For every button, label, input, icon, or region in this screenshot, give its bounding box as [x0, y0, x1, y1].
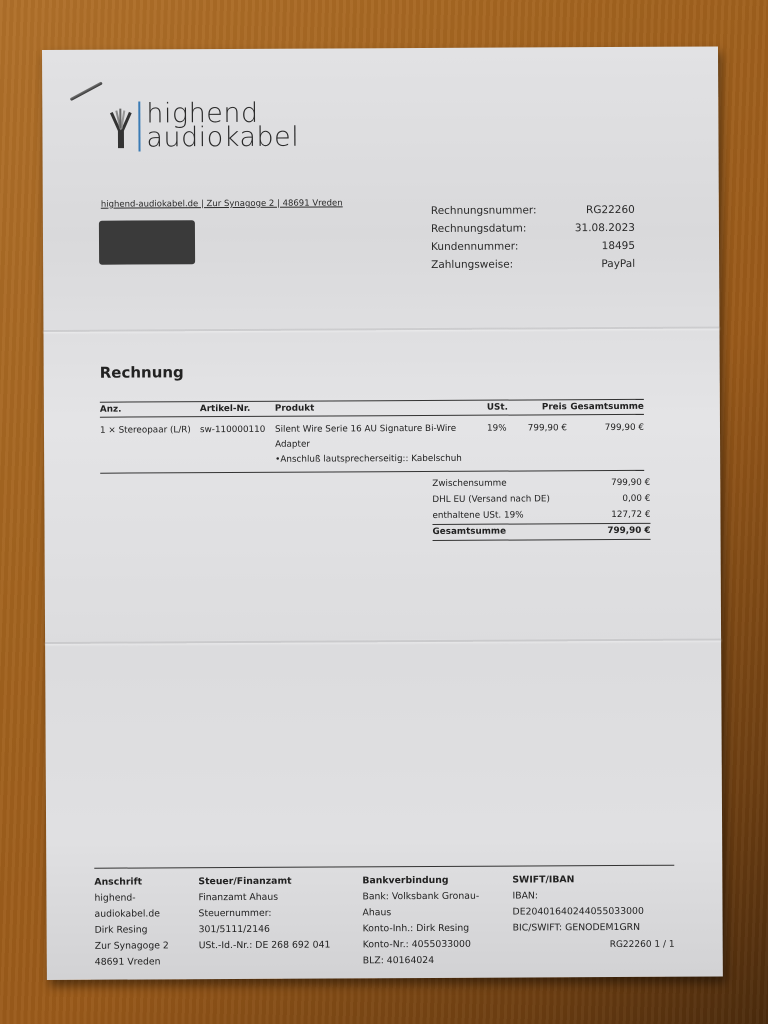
- header-total: Gesamtsumme: [567, 402, 644, 412]
- cell-quantity: 1 × Stereopaar (L/R): [100, 423, 200, 469]
- logo-accent-bar: [138, 101, 140, 151]
- header-vat: USt.: [487, 403, 515, 413]
- meta-row-invoice-date: Rechnungsdatum:31.08.2023: [431, 219, 635, 238]
- totals-row-vat: enthaltene USt. 19%127,72 €: [432, 507, 650, 524]
- header-price: Preis: [515, 402, 567, 412]
- redacted-recipient-address: [99, 220, 195, 265]
- footer-tax: Steuer/Finanzamt Finanzamt Ahaus Steuern…: [198, 873, 363, 970]
- invoice-paper: highend audiokabel highend-audiokabel.de…: [42, 46, 723, 980]
- invoice-meta: Rechnungsnummer:RG22260 Rechnungsdatum:3…: [431, 201, 635, 274]
- product-option: Anschluß lautsprecherseitig:: Kabelschuh: [275, 452, 487, 468]
- footer-address: Anschrift highend- audiokabel.de Dirk Re…: [94, 874, 199, 971]
- meta-row-payment-method: Zahlungsweise:PayPal: [431, 255, 635, 274]
- invoice-footer: Anschrift highend- audiokabel.de Dirk Re…: [94, 865, 675, 971]
- footer-swift-iban: SWIFT/IBAN IBAN: DE20401640244055033000 …: [512, 872, 673, 969]
- page-reference: RG22260 1 / 1: [610, 940, 675, 950]
- paper-fold: [45, 638, 721, 644]
- totals-row-grand-total: Gesamtsumme799,90 €: [432, 523, 650, 541]
- staple-icon: [70, 81, 103, 101]
- header-product: Produkt: [275, 403, 487, 414]
- header-quantity: Anz.: [100, 404, 200, 415]
- cell-vat: 19%: [487, 422, 515, 467]
- totals-row-shipping: DHL EU (Versand nach DE)0,00 €: [432, 491, 650, 508]
- footer-bank: Bankverbindung Bank: Volksbank Gronau- A…: [362, 873, 513, 970]
- sender-address-line: highend-audiokabel.de | Zur Synagoge 2 |…: [101, 198, 343, 209]
- meta-row-invoice-number: Rechnungsnummer:RG22260: [431, 201, 635, 220]
- items-table: Anz. Artikel-Nr. Produkt USt. Preis Gesa…: [100, 399, 644, 474]
- cell-product: Silent Wire Serie 16 AU Signature Bi-Wir…: [275, 422, 487, 468]
- company-logo: highend audiokabel: [108, 101, 299, 152]
- product-name: Silent Wire Serie 16 AU Signature Bi-Wir…: [275, 422, 487, 453]
- cable-bundle-icon: [108, 105, 132, 149]
- table-row: 1 × Stereopaar (L/R) sw-110000110 Silent…: [100, 415, 644, 474]
- paper-fold: [43, 326, 719, 332]
- totals-row-subtotal: Zwischensumme799,90 €: [432, 475, 650, 492]
- meta-row-customer-number: Kundennummer:18495: [431, 237, 635, 256]
- cell-total: 799,90 €: [567, 421, 644, 466]
- header-article-number: Artikel-Nr.: [200, 404, 275, 414]
- logo-line-2: audiokabel: [146, 126, 299, 151]
- logo-wordmark: highend audiokabel: [146, 102, 299, 151]
- totals-block: Zwischensumme799,90 € DHL EU (Versand na…: [432, 475, 650, 541]
- page-title: Rechnung: [100, 363, 184, 381]
- cell-article-number: sw-110000110: [200, 423, 275, 468]
- cell-price: 799,90 €: [515, 421, 567, 466]
